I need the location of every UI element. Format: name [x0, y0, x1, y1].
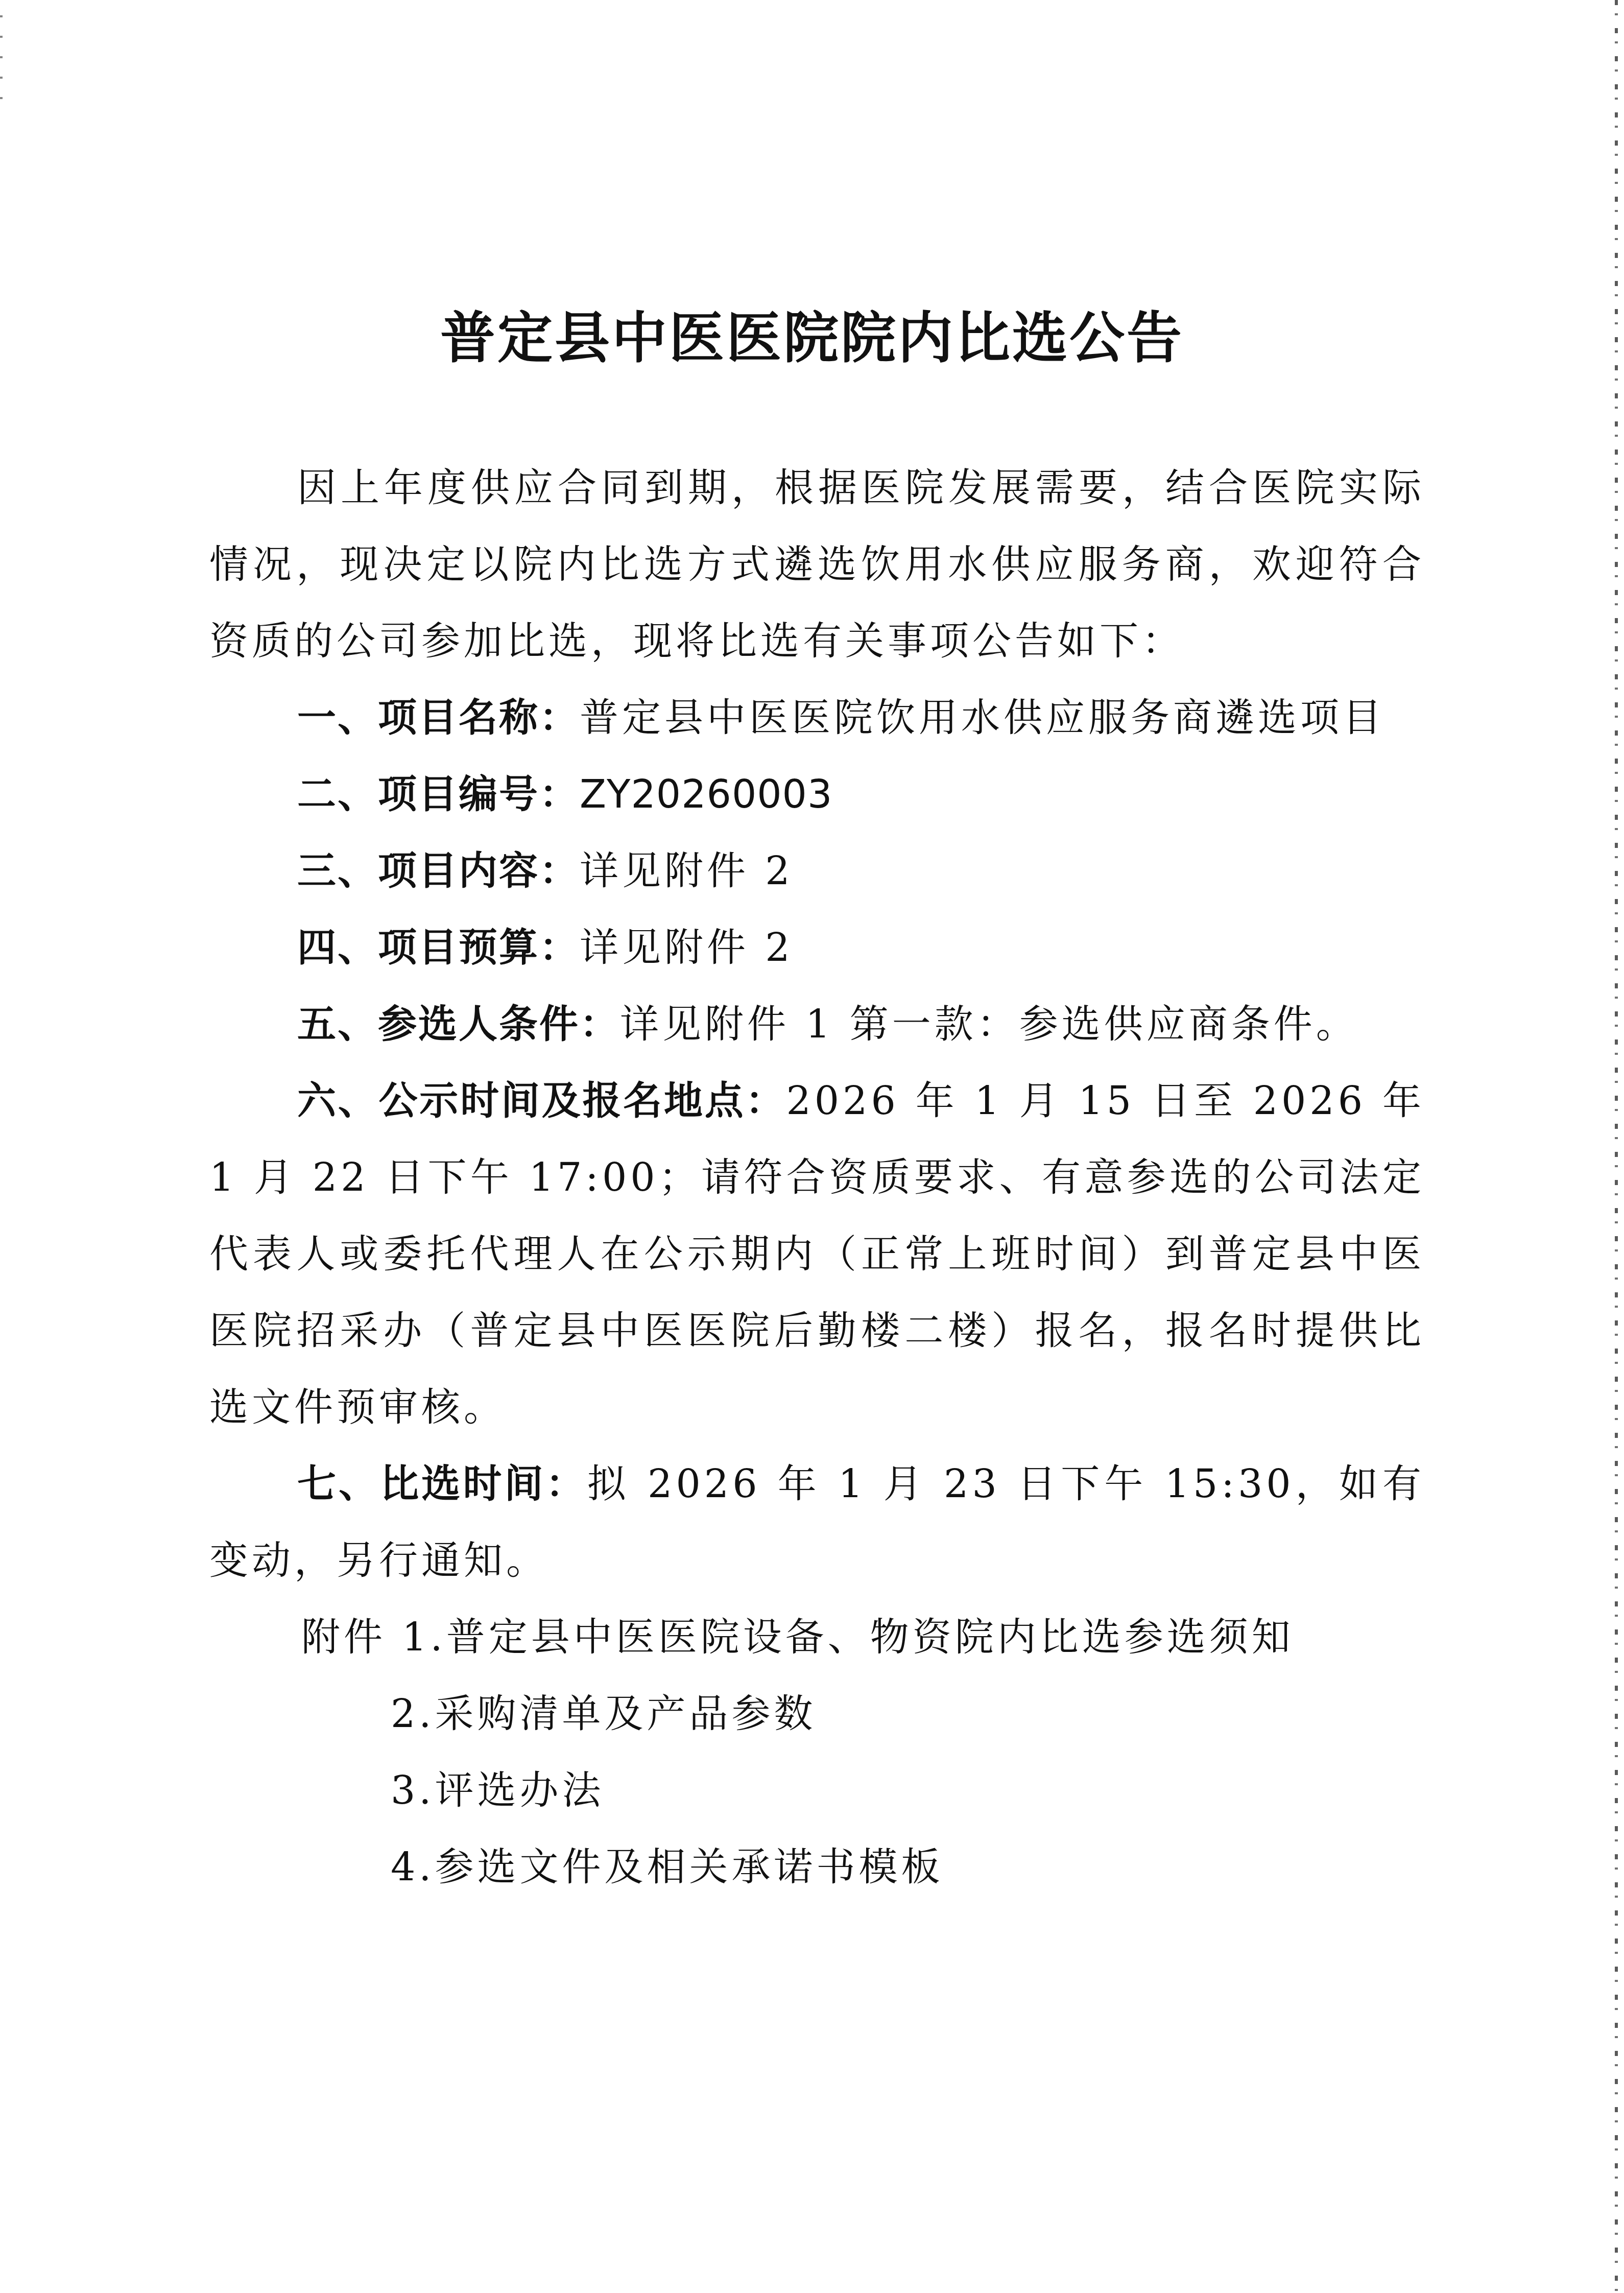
section-participant-conditions: 五、参选人条件：详见附件 1 第一款：参选供应商条件。	[209, 986, 1425, 1062]
section-text: 2026 年 1 月 15 日至 2026 年 1 月 22 日下午 17:00…	[209, 1078, 1425, 1430]
section-publicity-registration: 六、公示时间及报名地点：2026 年 1 月 15 日至 2026 年 1 月 …	[209, 1062, 1425, 1446]
document-body: 因上年度供应合同到期，根据医院发展需要，结合医院实际情况，现决定以院内比选方式遴…	[209, 450, 1425, 1905]
section-text: 详见附件 2	[580, 925, 794, 970]
attachment-item-1: 附件 1.普定县中医医院设备、物资院内比选参选须知	[209, 1599, 1425, 1675]
attachment-label: 1.普定县中医医院设备、物资院内比选参选须知	[402, 1614, 1294, 1660]
section-label: 三、项目内容：	[297, 848, 580, 893]
section-project-content: 三、项目内容：详见附件 2	[209, 833, 1425, 909]
attachment-prefix: 附件	[301, 1614, 402, 1660]
section-label: 一、项目名称：	[297, 695, 580, 740]
intro-paragraph: 因上年度供应合同到期，根据医院发展需要，结合医院实际情况，现决定以院内比选方式遴…	[209, 450, 1425, 679]
attachment-item-4: 4.参选文件及相关承诺书模板	[209, 1829, 1425, 1905]
attachment-item-3: 3.评选办法	[209, 1752, 1425, 1829]
section-label: 五、参选人条件：	[297, 1001, 620, 1047]
attachment-item-2: 2.采购清单及产品参数	[209, 1675, 1425, 1752]
section-label: 二、项目编号：	[297, 771, 580, 817]
section-label: 七、比选时间：	[297, 1461, 587, 1506]
section-project-name: 一、项目名称：普定县中医医院饮用水供应服务商遴选项目	[209, 679, 1425, 756]
section-selection-time: 七、比选时间：拟 2026 年 1 月 23 日下午 15:30，如有变动，另行…	[209, 1446, 1425, 1599]
section-project-budget: 四、项目预算：详见附件 2	[209, 909, 1425, 986]
section-text: 普定县中医医院饮用水供应服务商遴选项目	[580, 695, 1385, 740]
section-label: 六、公示时间及报名地点：	[297, 1078, 786, 1123]
section-label: 四、项目预算：	[297, 925, 580, 970]
section-text: 详见附件 2	[580, 848, 794, 893]
section-text: 详见附件 1 第一款：参选供应商条件。	[620, 1001, 1358, 1047]
scan-artifact-left	[0, 15, 3, 117]
section-text: ZY20260003	[580, 771, 832, 817]
page-title: 普定县中医医院院内比选公告	[0, 294, 1624, 373]
section-project-number: 二、项目编号：ZY20260003	[209, 756, 1425, 833]
